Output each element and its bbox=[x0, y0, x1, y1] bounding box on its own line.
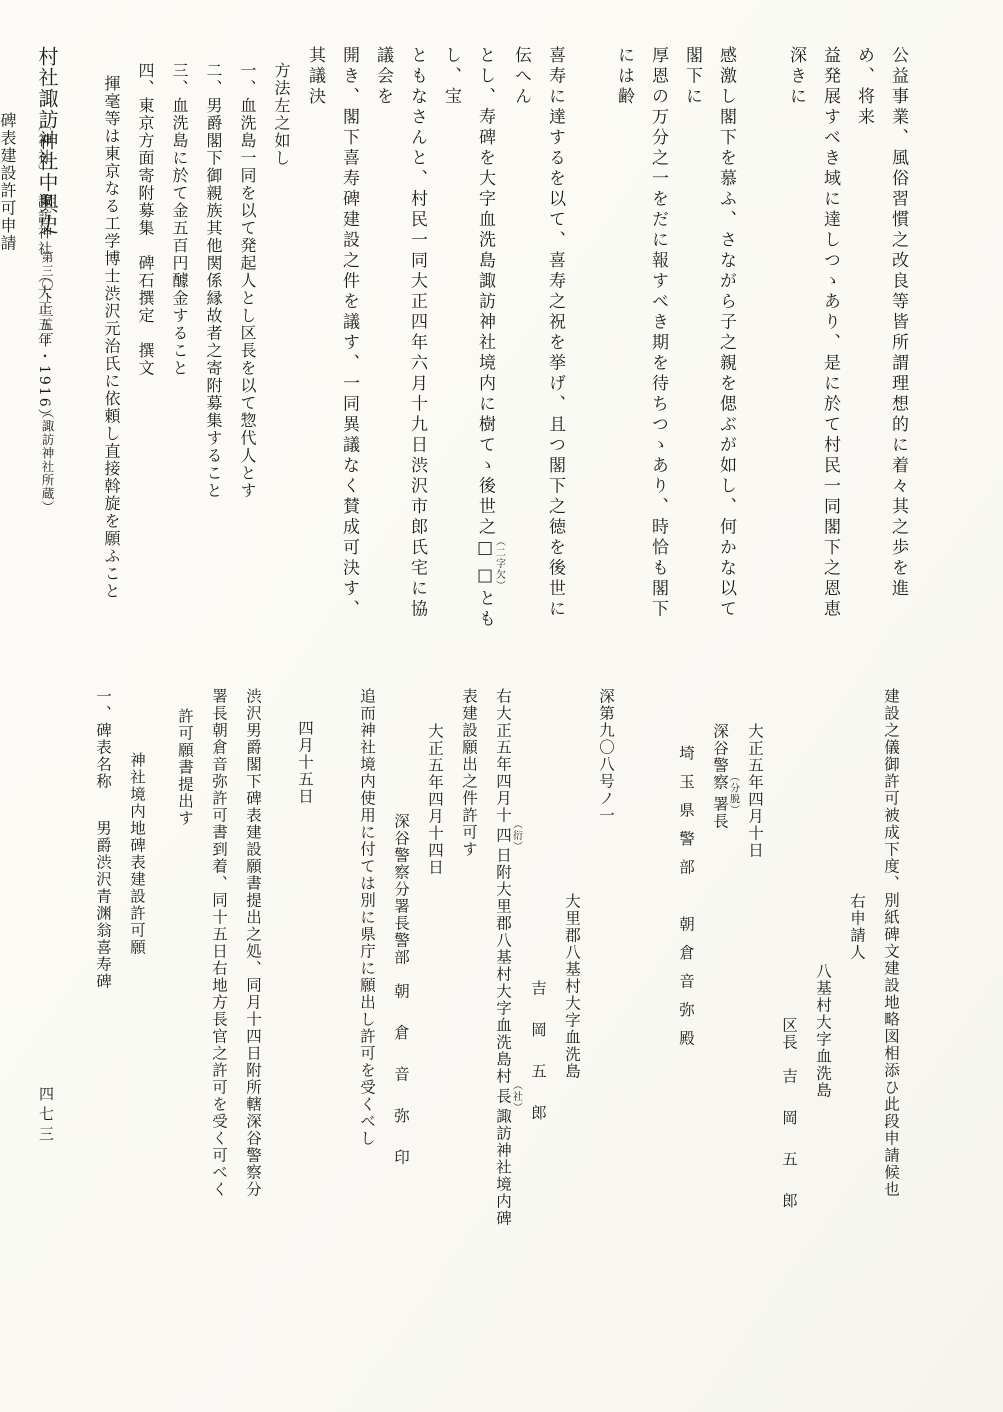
permit-number: 深第九〇八号ノ一 bbox=[589, 688, 623, 1268]
addressee-name: 埼玉県警部 朝倉音弥殿 bbox=[669, 688, 703, 1268]
body-line-6: とし、寿碑を大字血洗島諏訪神社境内に樹てゝ後世之□□（二字欠）ともし、宝 bbox=[434, 46, 504, 640]
second-application-heading: 神社境内地碑表建設許可願 bbox=[120, 688, 154, 1268]
missing-chars-boxes: □□ bbox=[475, 536, 495, 591]
application-date: 大正五年四月十日 bbox=[738, 688, 772, 1268]
body-line-3: 感激し閣下を慕ふ、さながら子之親を偲ぶが如し、何かな以て閣下に bbox=[675, 46, 743, 640]
permit-reference-line: 右大正五年四月十四（衍）日附大里郡八基村大字血洗島村長（社）諏訪神社境内碑 bbox=[486, 688, 521, 1268]
entry-date: 四月十五日 bbox=[288, 688, 322, 1268]
main-text-block: 公益事業、風俗習慣之改良等皆所謂理想的に着々其之歩を進め、将来 益発展すべき域に… bbox=[0, 46, 915, 640]
missing-chars-note: （二字欠） bbox=[494, 536, 505, 591]
body-line-1: 公益事業、風俗習慣之改良等皆所謂理想的に着々其之歩を進め、将来 bbox=[847, 46, 915, 640]
application-heading: 碑表建設許可申請 bbox=[0, 46, 24, 640]
lower-text-block: 建設之儀御許可被成下度、別紙碑文建設地略図相添ひ此段申請候也 右申請人 八基村大… bbox=[86, 688, 908, 1268]
narrative-line-2: 署長朝倉音弥許可書到着、同十五日右地方長官之許可を受く可べく bbox=[202, 688, 236, 1268]
document-title-column: 村社諏訪神社中興史第三〇ー三五丁（諏訪神社所蔵） bbox=[24, 46, 70, 640]
redundant-char-note: （衍） bbox=[511, 819, 522, 852]
redundant-char-annotation: 四（衍） bbox=[494, 824, 512, 847]
correction-note: （社） bbox=[511, 1080, 522, 1113]
monument-name-value: 男爵渋沢青渊翁喜寿碑 bbox=[94, 820, 112, 990]
scanned-document-page: 〔神社〕諏訪神社（大正五年・1916） 四七三 公益事業、風俗習慣之改良等皆所謂… bbox=[0, 0, 1003, 1412]
body-line-5: 喜寿に達するを以て、喜寿之祝を挙げ、且つ閣下之徳を後世に伝へん bbox=[504, 46, 572, 640]
title-source: （諏訪神社所蔵） bbox=[40, 406, 55, 514]
monument-name-item: 一、碑表名称男爵渋沢青渊翁喜寿碑 bbox=[86, 688, 120, 1268]
body-line-8: 開き、閣下喜寿碑建設之件を議す、一同異議なく賛成可決す、其議決 bbox=[298, 46, 366, 640]
resolution-item-2: 二、男爵閣下御親族其他関係縁故者之寄附募集すること bbox=[196, 46, 230, 640]
document-title: 村社諏訪神社中興史 bbox=[35, 46, 59, 235]
omitted-char-note: （分脱） bbox=[728, 772, 739, 816]
resolution-item-3: 三、血洗島に於て金五百円醵金すること bbox=[162, 46, 196, 640]
permit-addressee-name: 吉岡五郎 bbox=[521, 688, 555, 1268]
permit-signature: 深谷警察分署長警部 朝倉音弥印 bbox=[384, 688, 418, 1268]
body-line-7: ともなさんと、村民一同大正四年六月十九日渋沢市郎氏宅に協議会を bbox=[366, 46, 434, 640]
permit-grant-line: 表建設願出之件許可す bbox=[452, 688, 486, 1268]
applicant-title: 区長 bbox=[780, 1017, 798, 1068]
permit-signer-title: 深谷警察分署長警部 bbox=[392, 813, 410, 983]
narrative-line-1: 渋沢男爵閣下碑表建設願書提出之処、同月十四日附所轄深谷警察分 bbox=[236, 688, 270, 1268]
body-line-2: 益発展すべき域に達しつゝあり、是に於て村民一同閣下之恩恵深きに bbox=[779, 46, 847, 640]
permit-postscript: 追而神社境内使用に付ては別に県庁に願出し許可を受くべし bbox=[350, 688, 384, 1268]
permit-date: 大正五年四月十四日 bbox=[418, 688, 452, 1268]
page-number: 四七三 bbox=[36, 1086, 57, 1176]
applicant-name: 吉岡五郎 bbox=[780, 1068, 798, 1234]
permit-signer-name: 朝倉音弥印 bbox=[392, 983, 410, 1191]
resolution-item-4: 四、東京方面寄附募集 碑石撰定 撰文 bbox=[128, 46, 162, 640]
correction-annotation: 長（社） bbox=[494, 1085, 512, 1108]
missing-two-chars-annotation: □□（二字欠） bbox=[475, 538, 495, 589]
resolution-item-1: 一、血洗島一同を以て発起人とし区長を以て惣代人とす bbox=[230, 46, 264, 640]
applicant-label: 右申請人 bbox=[840, 688, 874, 1268]
applicant-address: 八基村大字血洗島 bbox=[806, 688, 840, 1268]
monument-name-label: 一、碑表名称 bbox=[94, 688, 112, 790]
body-line-9: 方法左之如し bbox=[264, 46, 298, 640]
addressee-office: 深谷警察署（分脱）長 bbox=[703, 688, 738, 1268]
resolution-item-4-continued: 揮毫等は東京なる工学博士渋沢元治氏に依頼し直接斡旋を願ふこと bbox=[94, 46, 128, 640]
omitted-char-annotation: 察署（分脱） bbox=[711, 774, 729, 813]
applicant-signature: 区長 吉岡五郎 bbox=[772, 688, 806, 1268]
title-page-range: 第三〇ー三五丁 bbox=[40, 251, 54, 346]
body-line-4: 厚恩の万分之一をだに報すべき期を待ちつゝあり、時恰も閣下には齢 bbox=[607, 46, 675, 640]
narrative-line-3: 許可願書提出す bbox=[168, 688, 202, 1268]
application-closing: 建設之儀御許可被成下度、別紙碑文建設地略図相添ひ此段申請候也 bbox=[874, 688, 908, 1268]
permit-addressee-address: 大里郡八基村大字血洗島 bbox=[555, 688, 589, 1268]
